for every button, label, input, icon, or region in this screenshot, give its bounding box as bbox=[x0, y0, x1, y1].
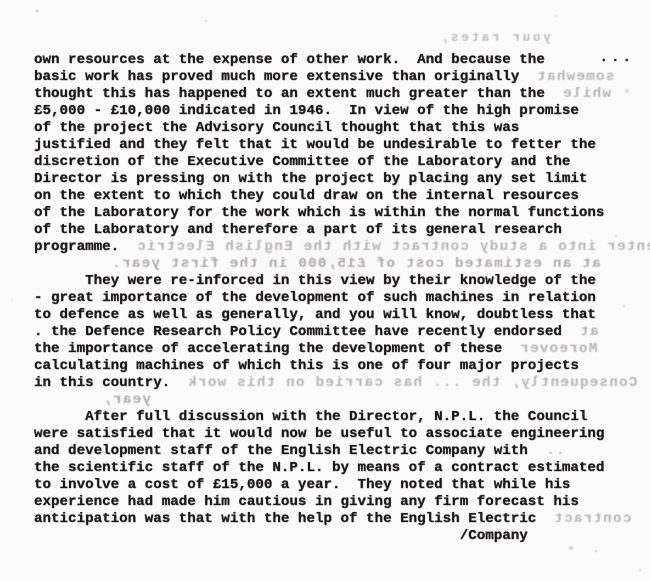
bleedthrough-text: year, bbox=[102, 392, 151, 409]
document-page: own resources at the expense of other wo… bbox=[34, 52, 634, 545]
typed-text: Director is pressing on with the project… bbox=[34, 171, 587, 187]
bleedthrough-text: contract bbox=[553, 511, 641, 528]
bleedthrough-line: at an estimated cost of £15,000 in the f… bbox=[34, 256, 634, 273]
typed-line: justified and they felt that it would be… bbox=[34, 137, 634, 154]
typed-text: calculating machines of which this is on… bbox=[34, 358, 579, 374]
typed-text: discretion of the Executive Committee of… bbox=[34, 154, 570, 170]
typed-text: . the Defence Research Policy Committee … bbox=[34, 324, 562, 340]
typed-line: to defence as well as generally, and you… bbox=[34, 307, 634, 324]
typed-line: anticipation was that with the help of t… bbox=[34, 511, 634, 528]
typed-text: of the Laboratory for the work which is … bbox=[34, 205, 604, 221]
typed-line: . the Defence Research Policy Committee … bbox=[34, 324, 634, 341]
bleedthrough-text: Consequently, the ... has carried on thi… bbox=[187, 375, 647, 392]
typed-text: £5,000 - £10,000 indicated in 1946. In v… bbox=[34, 103, 579, 119]
typed-text: thought this has happened to an extent m… bbox=[34, 86, 545, 102]
typed-line: were satisfied that it would now be usef… bbox=[34, 426, 634, 443]
bleedthrough-text: .. bbox=[545, 443, 574, 460]
margin-dots-mark: ... bbox=[599, 50, 634, 67]
typed-text: of the project the Advisory Council thou… bbox=[34, 120, 519, 136]
typed-line: /Company bbox=[34, 528, 634, 545]
typed-text: anticipation was that with the help of t… bbox=[34, 511, 536, 527]
typed-text: to defence as well as generally, and you… bbox=[34, 307, 596, 323]
typed-text: in this country. bbox=[34, 375, 170, 391]
bleedthrough-text: somewhat bbox=[536, 69, 624, 86]
typed-text: own resources at the expense of other wo… bbox=[34, 52, 545, 68]
typed-line: and development staff of the English Ele… bbox=[34, 443, 634, 460]
typed-text: /Company bbox=[34, 528, 528, 544]
typed-line: thought this has happened to an extent m… bbox=[34, 86, 634, 103]
typed-line: in this country. Consequently, the ... h… bbox=[34, 375, 634, 392]
typed-line: the importance of accelerating the devel… bbox=[34, 341, 634, 358]
bleedthrough-text: at bbox=[579, 324, 608, 341]
typed-text: programme. bbox=[34, 239, 119, 255]
typed-line: After full discussion with the Director,… bbox=[34, 409, 634, 426]
bleedthrough-text: while bbox=[562, 86, 621, 103]
typed-text: justified and they felt that it would be… bbox=[34, 137, 596, 153]
typed-line: to involve a cost of £15,000 a year. The… bbox=[34, 477, 634, 494]
typed-line: £5,000 - £10,000 indicated in 1946. In v… bbox=[34, 103, 634, 120]
typed-line: own resources at the expense of other wo… bbox=[34, 52, 634, 69]
bleedthrough-text: enter into a study contract with the Eng… bbox=[136, 239, 650, 256]
typed-text: - great importance of the development of… bbox=[34, 290, 596, 306]
typed-text: and development staff of the English Ele… bbox=[34, 443, 528, 459]
typed-line: the scientific staff of the N.P.L. by me… bbox=[34, 460, 634, 477]
typed-text: After full discussion with the Director,… bbox=[34, 409, 587, 425]
typed-line: calculating machines of which this is on… bbox=[34, 358, 634, 375]
typed-text: were satisfied that it would now be usef… bbox=[34, 426, 604, 442]
typed-line: - great importance of the development of… bbox=[34, 290, 634, 307]
bleedthrough-line: year, bbox=[34, 392, 634, 409]
typed-line: of the Laboratory and therefore a part o… bbox=[34, 222, 634, 239]
typed-line: of the project the Advisory Council thou… bbox=[34, 120, 634, 137]
typed-line: basic work has proved much more extensiv… bbox=[34, 69, 634, 86]
typed-text: basic work has proved much more extensiv… bbox=[34, 69, 519, 85]
typed-text: They were re-inforced in this view by th… bbox=[34, 273, 596, 289]
bleedthrough-header-text: your rates, bbox=[438, 31, 551, 45]
typed-text: the scientific staff of the N.P.L. by me… bbox=[34, 460, 604, 476]
typed-line: on the extent to which they could draw o… bbox=[34, 188, 634, 205]
typed-line: They were re-inforced in this view by th… bbox=[34, 273, 634, 290]
bleedthrough-text: at an estimated cost of £15,000 in the f… bbox=[111, 256, 601, 273]
typed-line: experience had made him cautious in givi… bbox=[34, 494, 634, 511]
typed-line: discretion of the Executive Committee of… bbox=[34, 154, 634, 171]
typed-text: on the extent to which they could draw o… bbox=[34, 188, 579, 204]
typed-text: the importance of accelerating the devel… bbox=[34, 341, 502, 357]
typed-line: of the Laboratory for the work which is … bbox=[34, 205, 634, 222]
typed-text: of the Laboratory and therefore a part o… bbox=[34, 222, 562, 238]
typed-line: programme. enter into a study contract w… bbox=[34, 239, 634, 256]
typed-text: experience had made him cautious in givi… bbox=[34, 494, 579, 510]
typed-line: Director is pressing on with the project… bbox=[34, 171, 634, 188]
bleedthrough-text: Moreover bbox=[519, 341, 607, 358]
scanned-letter-page: { "page": { "background": "#fbfbf9", "in… bbox=[0, 0, 650, 581]
typed-text: to involve a cost of £15,000 a year. The… bbox=[34, 477, 570, 493]
